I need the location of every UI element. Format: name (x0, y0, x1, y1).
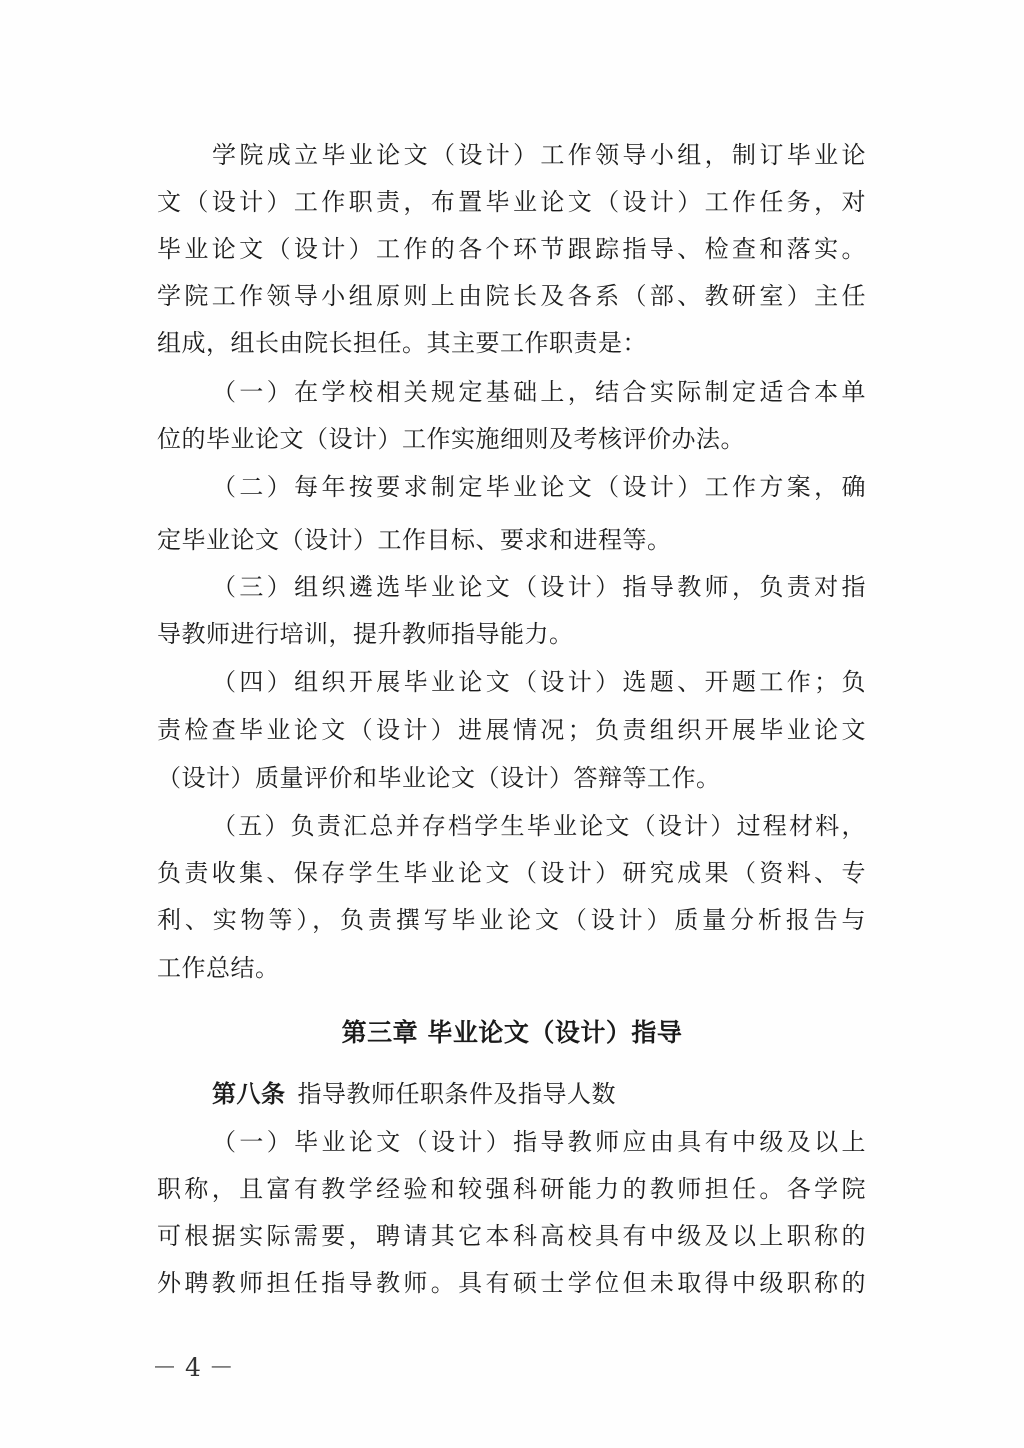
text-line: 职称，且富有教学经验和较强科研能力的教师担任。各学院 (157, 1174, 866, 1204)
text-line: （四）组织开展毕业论文（设计）选题、开题工作；负 (212, 667, 866, 697)
text-line: 学院成立毕业论文（设计）工作领导小组，制订毕业论 (212, 140, 866, 170)
text-line: 学院工作领导小组原则上由院长及各系（部、教研室）主任 (157, 281, 866, 311)
page-number: － 4 － (152, 1348, 234, 1384)
text-line: 负责收集、保存学生毕业论文（设计）研究成果（资料、专 (157, 858, 866, 888)
document-page: 学院成立毕业论文（设计）工作领导小组，制订毕业论 文（设计）工作职责，布置毕业论… (0, 0, 1024, 1448)
article-title: 指导教师任职条件及指导人数 (298, 1080, 617, 1108)
text-line: （一）毕业论文（设计）指导教师应由具有中级及以上 (212, 1127, 866, 1157)
text-line: （五）负责汇总并存档学生毕业论文（设计）过程材料， (212, 811, 866, 841)
text-line: （一）在学校相关规定基础上，结合实际制定适合本单 (212, 377, 866, 407)
text-line: （三）组织遴选毕业论文（设计）指导教师，负责对指 (212, 572, 866, 602)
text-line: （设计）质量评价和毕业论文（设计）答辩等工作。 (157, 763, 721, 793)
article-heading: 第八条指导教师任职条件及指导人数 (212, 1079, 616, 1109)
text-line: 组成，组长由院长担任。其主要工作职责是： (157, 328, 647, 358)
text-line: 工作总结。 (157, 953, 280, 983)
text-line: 外聘教师担任指导教师。具有硕士学位但未取得中级职称的 (157, 1268, 866, 1298)
text-line: 文（设计）工作职责，布置毕业论文（设计）工作任务，对 (157, 187, 866, 217)
text-line: 可根据实际需要，聘请其它本科高校具有中级及以上职称的 (157, 1221, 866, 1251)
article-number: 第八条 (212, 1080, 286, 1108)
text-line: 导教师进行培训，提升教师指导能力。 (157, 619, 574, 649)
text-line: 利、实物等），负责撰写毕业论文（设计）质量分析报告与 (157, 905, 866, 935)
text-line: （二）每年按要求制定毕业论文（设计）工作方案，确 (212, 472, 866, 502)
text-line: 定毕业论文（设计）工作目标、要求和进程等。 (157, 525, 672, 555)
text-line: 责检查毕业论文（设计）进展情况；负责组织开展毕业论文 (157, 715, 866, 745)
text-line: 位的毕业论文（设计）工作实施细则及考核评价办法。 (157, 424, 745, 454)
chapter-heading: 第三章 毕业论文（设计）指导 (0, 1017, 1024, 1049)
text-line: 毕业论文（设计）工作的各个环节跟踪指导、检查和落实。 (157, 234, 866, 264)
